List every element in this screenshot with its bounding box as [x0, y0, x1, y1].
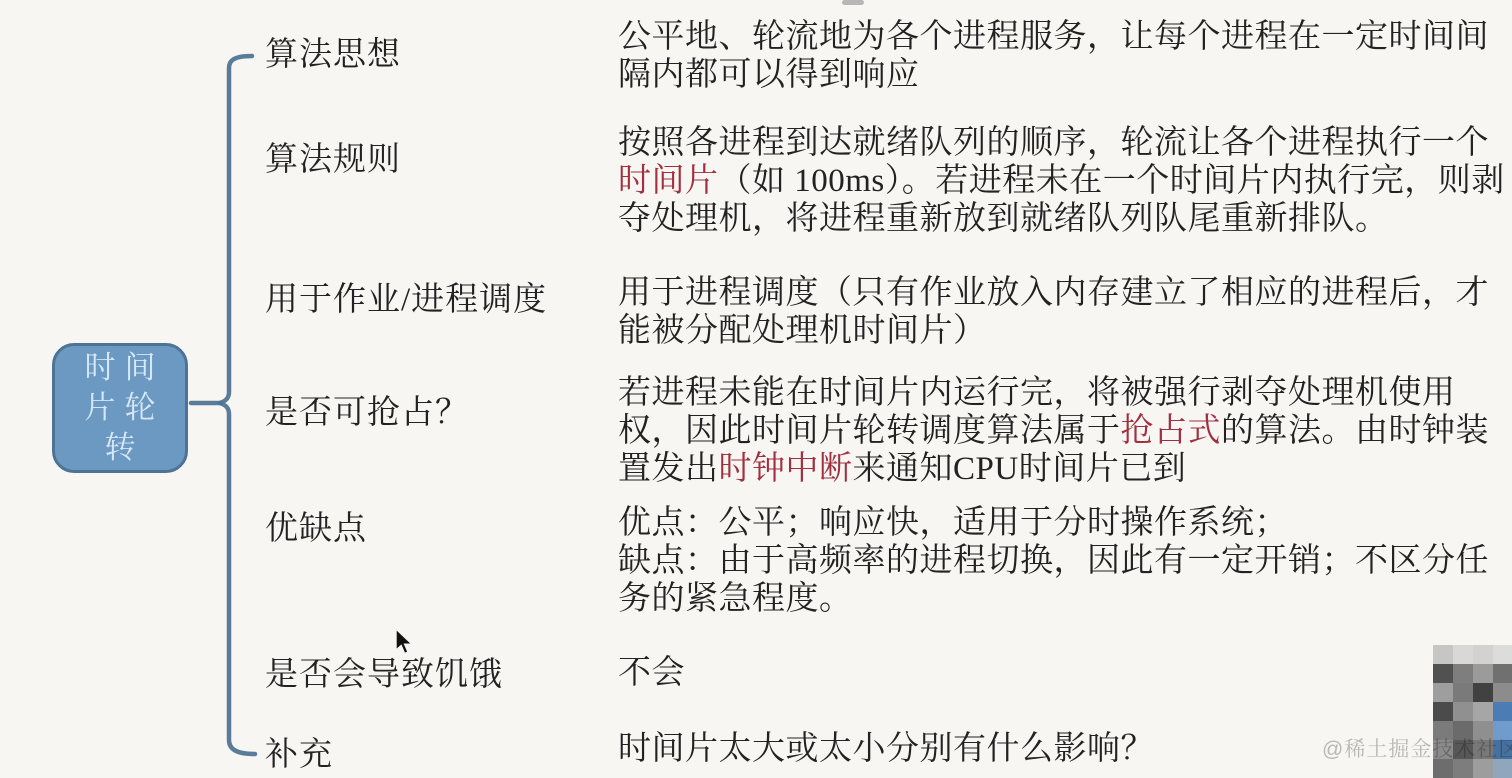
row-desc-scheduling-scope: 用于进程调度（只有作业放入内存建立了相应的进程后，才能被分配处理机时间片）	[618, 274, 1510, 350]
topic-line: 片轮	[76, 388, 165, 428]
topic-node-round-robin: 时间 片轮 转	[52, 343, 188, 473]
row-desc-preemptive: 若进程未能在时间片内运行完，将被强行剥夺处理机使用权，因此时间片轮转调度算法属于…	[618, 374, 1510, 488]
mosaic-cell	[1453, 702, 1473, 721]
mosaic-cell	[1493, 664, 1512, 683]
mouse-cursor-icon	[394, 628, 416, 656]
desc-text: （如 100ms）。若进程未在一个时间片内执行完，则剥夺处理机，将进程重新放到就…	[618, 163, 1505, 237]
desc-text: 不会	[618, 655, 685, 691]
mosaic-cell	[1433, 702, 1453, 721]
mosaic-cell	[1433, 645, 1453, 664]
pros-line: 优点：公平；响应快，适用于分时操作系统；	[618, 504, 1510, 542]
mosaic-cell	[1453, 683, 1473, 702]
mosaic-cell	[1493, 702, 1512, 721]
highlight-preemptive: 抢占式	[1121, 413, 1222, 449]
mosaic-cell	[1473, 664, 1493, 683]
mosaic-cell	[1453, 664, 1473, 683]
row-label-supplement: 补充	[265, 736, 333, 774]
desc-text: 按照各进程到达就绪队列的顺序，轮流让各个进程执行一个	[618, 125, 1489, 161]
desc-text: 用于进程调度（只有作业放入内存建立了相应的进程后，才能被分配处理机时间片）	[618, 275, 1489, 349]
highlight-time-slice: 时间片	[618, 163, 719, 199]
watermark-text: @稀土掘金技术社区	[1322, 733, 1512, 763]
highlight-clock-interrupt: 时钟中断	[719, 451, 853, 487]
mosaic-cell	[1433, 664, 1453, 683]
row-desc-pros-cons: 优点：公平；响应快，适用于分时操作系统； 缺点：由于高频率的进程切换，因此有一定…	[618, 504, 1510, 618]
mindmap-slide: 时间 片轮 转 算法思想 公平地、轮流地为各个进程服务，让每个进程在一定时间间隔…	[0, 0, 1512, 778]
row-desc-algorithm-idea: 公平地、轮流地为各个进程服务，让每个进程在一定时间间隔内都可以得到响应	[618, 18, 1510, 94]
mosaic-cell	[1493, 683, 1512, 702]
mosaic-cell	[1473, 702, 1493, 721]
cons-line: 缺点：由于高频率的进程切换，因此有一定开销；不区分任务的紧急程度。	[618, 542, 1510, 618]
row-label-algorithm-idea: 算法思想	[265, 36, 401, 74]
desc-text: 时间片太大或太小分别有什么影响？	[618, 731, 1154, 767]
desc-text: 来通知CPU时间片已到	[853, 451, 1187, 487]
row-desc-starvation: 不会	[618, 654, 1510, 692]
mosaic-cell	[1433, 683, 1453, 702]
row-label-preemptive: 是否可抢占？	[265, 394, 469, 432]
mosaic-cell	[1473, 683, 1493, 702]
mosaic-cell	[1493, 645, 1512, 664]
mosaic-cell	[1473, 645, 1493, 664]
row-label-scheduling-scope: 用于作业/进程调度	[265, 281, 547, 319]
row-label-starvation: 是否会导致饥饿	[265, 656, 503, 694]
row-label-algorithm-rules: 算法规则	[265, 141, 401, 179]
cropped-text-artifact	[842, 0, 864, 5]
topic-line: 转	[96, 428, 145, 468]
topic-line: 时间	[76, 348, 165, 388]
desc-text: 公平地、轮流地为各个进程服务，让每个进程在一定时间间隔内都可以得到响应	[618, 19, 1489, 93]
row-label-pros-cons: 优缺点	[265, 510, 367, 548]
row-desc-algorithm-rules: 按照各进程到达就绪队列的顺序，轮流让各个进程执行一个时间片（如 100ms）。若…	[618, 124, 1510, 238]
mosaic-cell	[1453, 645, 1473, 664]
